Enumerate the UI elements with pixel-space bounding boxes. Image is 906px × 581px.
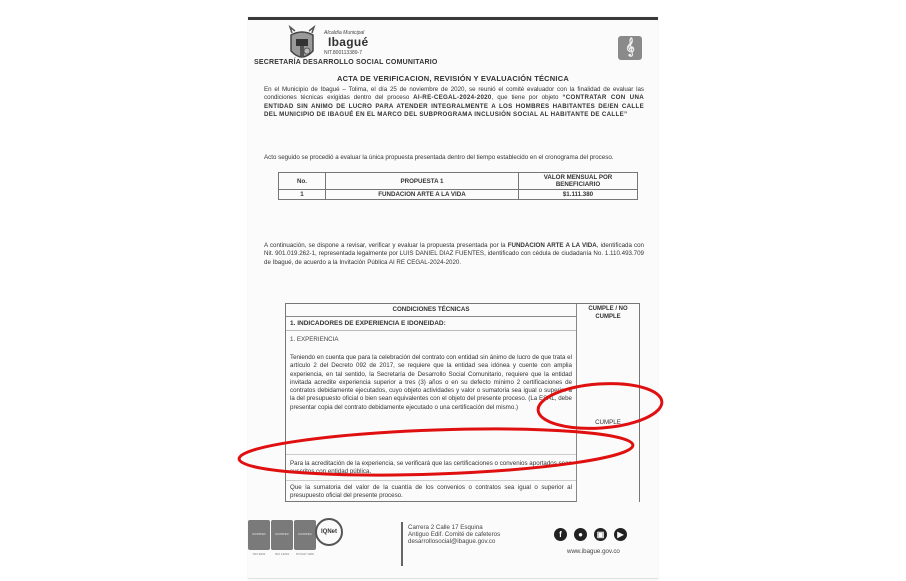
facebook-icon[interactable]: f [554,528,567,541]
header-divider [286,316,576,317]
header-proposal: PROPUESTA 1 [326,173,519,190]
cell-value: $1.111.380 [519,190,638,200]
table-header-row: No. PROPUESTA 1 VALOR MENSUAL POR BENEFI… [279,173,638,190]
column-divider [576,304,577,502]
treble-clef-icon: 𝄞 [618,36,642,60]
intro-paragraph: En el Municipio de Ibagué – Tolima, el d… [264,86,644,119]
section-title: 1. INDICADORES DE EXPERIENCIA E IDONEIDA… [290,320,446,327]
accreditation-paragraph: Para la acreditación de la experiencia, … [290,460,572,477]
cert-label: ISO 9001 [248,552,270,556]
proposals-table: No. PROPUESTA 1 VALOR MENSUAL POR BENEFI… [278,172,638,200]
twitter-icon[interactable]: ● [574,528,587,541]
cert-label: ISO 14001 [271,552,293,556]
address-line-2: Antiguo Edif. Comité de cafeteros [408,531,500,538]
experience-paragraph: Teniendo en cuenta que para la celebraci… [290,354,572,412]
followup-paragraph: Acto seguido se procedió a evaluar la ún… [264,154,644,162]
icontec-cert-badge: ICONTEC [248,520,270,550]
conditions-table: CONDICIONES TÉCNICAS CUMPLE / NO CUMPLE … [285,303,640,502]
address-line-1: Carrera 2 Calle 17 Esquina [408,524,500,531]
youtube-icon[interactable]: ▶ [614,528,627,541]
table-bottom-border [286,501,576,502]
icontec-cert-badge: ICONTEC [294,520,316,550]
cell-no: 1 [279,190,326,200]
header-result: CUMPLE / NO CUMPLE [578,306,638,321]
page-bottom-rule [248,578,658,579]
cell-proposal: FUNDACION ARTE A LA VIDA [326,190,519,200]
cert-label: NTCGP 1000 [294,552,316,556]
document-title: ACTA DE VERIFICACION, REVISIÓN Y EVALUAC… [248,74,658,83]
iqnet-badge: IQNet [315,518,343,546]
process-code: AI-RE-CEGAL-2024-2020 [413,94,492,101]
department-name: SECRETARÍA DESARROLLO SOCIAL COMUNITARIO [254,59,438,66]
review-paragraph: A continuación, se dispone a revisar, ve… [264,242,644,267]
review-org: FUNDACION ARTE A LA VIDA [508,242,597,249]
row-divider [286,480,576,481]
sum-paragraph: Que la sumatoria del valor de la cuantía… [290,484,572,501]
footer-divider [401,522,403,566]
subsection-title: 1. EXPERIENCIA [290,336,339,343]
footer-website[interactable]: www.ibague.gov.co [567,548,620,555]
result-cumple: CUMPLE [578,419,638,426]
document-page: Alcaldía Municipal Ibagué NIT.800113389-… [248,17,658,580]
row-divider [286,454,576,455]
icontec-cert-badge: ICONTEC [271,520,293,550]
municipality-name: Ibagué [328,35,368,49]
header-no: No. [279,173,326,190]
review-text-1: A continuación, se dispone a revisar, ve… [264,242,508,249]
municipality-nit: NIT.800113389-7 [324,50,362,56]
footer-address: Carrera 2 Calle 17 Esquina Antiguo Edif.… [408,524,500,546]
header-value: VALOR MENSUAL POR BENEFICIARIO [519,173,638,190]
footer-email[interactable]: desarrollosocial@ibague.gov.co [408,538,500,545]
instagram-icon[interactable]: ▣ [594,528,607,541]
section-divider [286,330,576,331]
table-row: 1 FUNDACION ARTE A LA VIDA $1.111.380 [279,190,638,200]
header-conditions: CONDICIONES TÉCNICAS [286,306,576,313]
intro-text-2: , que tiene por objeto [492,94,563,101]
